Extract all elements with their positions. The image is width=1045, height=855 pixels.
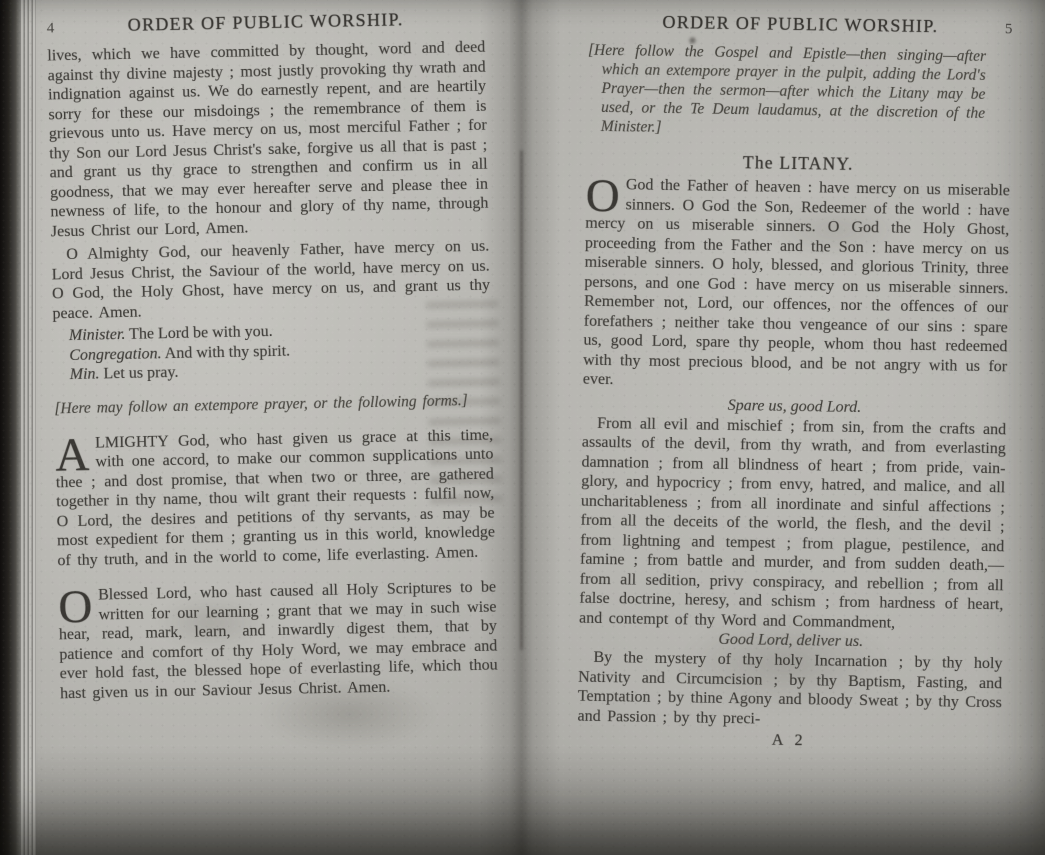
right-running-title: ORDER OF PUBLIC WORSHIP. [622,11,978,38]
versicle-text: Let us pray. [103,364,178,383]
drop-cap-o: O [58,586,99,626]
versicle-speaker: Minister. [69,326,126,344]
right-page-content: ORDER OF PUBLIC WORSHIP. 5 [Here follow … [577,11,1013,754]
section-heading-litany: The LITANY. [586,150,1010,178]
prayer-blessed-lord-text: Blessed Lord, who hast caused all Holy S… [59,579,498,702]
rubric-gospel-epistle: [Here follow the Gospel and Epistle—then… [587,41,986,142]
right-header-spacer [588,27,622,28]
right-page-bottom-shadow [510,745,1045,855]
litany-opening: OGod the Father of heaven : have mercy o… [583,175,1010,396]
paragraph-confession-continuation: lives, which we have committed by though… [47,38,489,242]
left-header-spacer [451,24,485,25]
right-page: ORDER OF PUBLIC WORSHIP. 5 [Here follow … [510,0,1045,855]
prayer-almighty-text: LMIGHTY God, who hast given us grace at … [56,426,495,569]
versicle-text: And with thy spirit. [165,342,291,362]
left-page-bottom-shadow [36,745,510,855]
book-scan: 4 ORDER OF PUBLIC WORSHIP. lives, which … [0,0,1045,855]
drop-cap-a: A [55,433,96,473]
drop-cap-o: O [585,175,626,215]
signature-mark: A 2 [577,729,1001,754]
versicle-speaker: Min. [70,365,100,383]
litany-opening-text: God the Father of heaven : have mercy on… [583,176,1010,388]
prayer-almighty-god: ALMIGHTY God, who hast given us grace at… [55,425,496,570]
left-running-title: ORDER OF PUBLIC WORSHIP. [81,8,451,36]
versicle-speaker: Congregation. [69,345,162,364]
versicle-text: The Lord be with you. [129,323,273,343]
left-page-number: 4 [47,20,81,38]
left-page: 4 ORDER OF PUBLIC WORSHIP. lives, which … [36,0,510,855]
rubric-extempore-prayer: [Here may follow an extempore prayer, or… [54,390,492,418]
litany-obsecrations: By the mystery of thy holy Incarnation ;… [577,648,1002,733]
paragraph-kyrie: O Almighty God, our heavenly Father, hav… [51,237,490,324]
prayer-blessed-lord: OBlessed Lord, who hast caused all Holy … [58,578,498,704]
right-page-number: 5 [978,21,1012,39]
left-page-header: 4 ORDER OF PUBLIC WORSHIP. [47,8,485,38]
scan-dark-left-edge [0,0,20,855]
left-page-content: 4 ORDER OF PUBLIC WORSHIP. lives, which … [47,8,499,704]
right-page-header: ORDER OF PUBLIC WORSHIP. 5 [588,11,1012,39]
book-fore-edge-pages [20,0,36,855]
versicles: Minister. The Lord be with you. Congrega… [53,318,492,385]
litany-deprecations: From all evil and mischief ; from sin, f… [579,413,1006,634]
